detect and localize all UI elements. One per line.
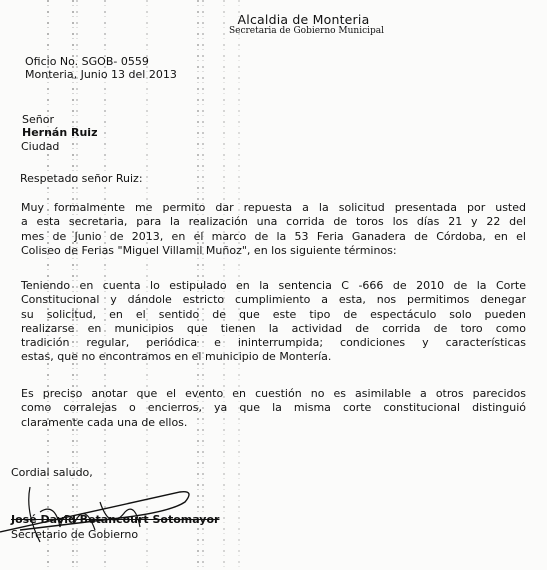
paragraph-line: realizarse en municipios que tienen la a… <box>21 322 526 336</box>
paragraph-line: como corralejas o encierros, ya que la m… <box>21 401 526 415</box>
paragraph-line: Muy formalmente me permito dar repuesta … <box>21 201 526 215</box>
paragraph-2: Teniendo en cuenta lo estipulado en la s… <box>21 279 526 365</box>
recipient-city: Ciudad <box>21 140 59 154</box>
scanned-letter: Alcaldia de Monteria Secretaria de Gobie… <box>0 0 547 570</box>
paragraph-3: Es preciso anotar que el evento en cuest… <box>21 387 526 430</box>
paragraph-line: Es preciso anotar que el evento en cuest… <box>21 387 526 401</box>
organization-name: Alcaldia de Monteria <box>60 12 547 27</box>
signer-name: José David Betancourt Sotomayor <box>11 513 219 526</box>
paragraph-1: Muy formalmente me permito dar repuesta … <box>21 201 526 258</box>
recipient-name: Hernán Ruiz <box>22 126 97 140</box>
paragraph-line: Coliseo de Ferias "Miguel Villamil Muñoz… <box>21 244 526 258</box>
letterhead: Alcaldia de Monteria Secretaria de Gobie… <box>0 12 547 36</box>
department-name: Secretaria de Gobierno Municipal <box>66 26 547 36</box>
greeting: Respetado señor Ruiz: <box>20 172 143 186</box>
paragraph-line: estas, que no encontramos en el municipi… <box>21 350 526 364</box>
paragraph-line: a esta secretaria, para la realización u… <box>21 215 526 229</box>
paragraph-line: mes de Junio de 2013, en el marco de la … <box>21 230 526 244</box>
closing: Cordial saludo, <box>11 466 93 480</box>
paragraph-line: su solicitud, en el sentido de que este … <box>21 308 526 322</box>
paragraph-line: claramente cada una de ellos. <box>21 416 526 430</box>
paragraph-line: tradición regular, periódica e ininterru… <box>21 336 526 350</box>
paragraph-line: Teniendo en cuenta lo estipulado en la s… <box>21 279 526 293</box>
place-date: Monteria, Junio 13 del 2013 <box>25 68 177 82</box>
signer-role: Secretario de Gobierno <box>11 528 138 541</box>
paragraph-line: Constitucional y dándole estricto cumpli… <box>21 293 526 307</box>
